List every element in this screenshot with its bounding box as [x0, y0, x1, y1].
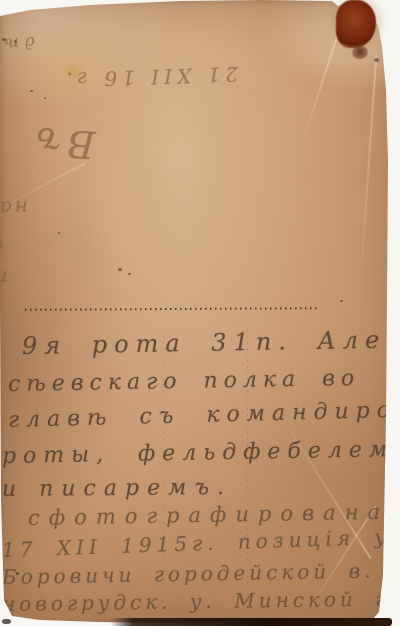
paper-crease [318, 506, 377, 595]
scan-edge-shadow [110, 618, 392, 626]
paper-crease [361, 55, 378, 265]
speck [44, 97, 46, 99]
speck [14, 40, 17, 43]
rotated-message-line: на память шлю вамъ. [0, 198, 28, 229]
caption-line: сѣевскаго полка во [8, 368, 361, 396]
speck [340, 300, 343, 302]
speck [128, 273, 131, 275]
caption-line: Боровичи городейской в. [2, 560, 375, 586]
paper-crease [1, 162, 86, 208]
caption-line: сфотографирована [28, 502, 389, 529]
dotted-guide [247, 330, 248, 618]
paper-texture [0, 0, 400, 626]
rotated-message-line: чаще своимъ дорогимъ [0, 234, 5, 261]
rotated-title-scrawl: Въ походѣ [0, 107, 96, 164]
photo-paper: дѣйствующая армія 21 XII 16 г. Въ походѣ… [0, 0, 400, 626]
speck [16, 572, 19, 575]
rotated-message-line: по адресу пишите [0, 268, 9, 305]
rotated-header-line: дѣйствующая армія [0, 34, 36, 71]
speck [2, 38, 6, 41]
caption-line: роты, фельдфебелемъ [2, 439, 400, 468]
caption-line: и писаремъ. [2, 477, 232, 501]
speck [118, 268, 122, 271]
caption-line: новогрудск. у. Минской г. [2, 588, 400, 614]
caption-line: главѣ съ командиромъ [8, 399, 400, 432]
caption-line: 17 XII 1915г. позиція у д. [2, 525, 400, 560]
paper-crease [290, 431, 371, 559]
rotated-date-line: 21 XII 16 г. [61, 64, 238, 90]
scan-edge-chip [2, 619, 11, 624]
speck [30, 90, 33, 92]
dotted-divider [25, 307, 317, 311]
age-spot [64, 64, 84, 80]
speck [58, 232, 60, 234]
caption-line: 9я рота 31п. Алек [22, 327, 400, 358]
ink-stain-speck [374, 58, 379, 62]
scanned-photo-back: дѣйствующая армія 21 XII 16 г. Въ походѣ… [0, 0, 400, 626]
dotted-guide [163, 330, 164, 618]
